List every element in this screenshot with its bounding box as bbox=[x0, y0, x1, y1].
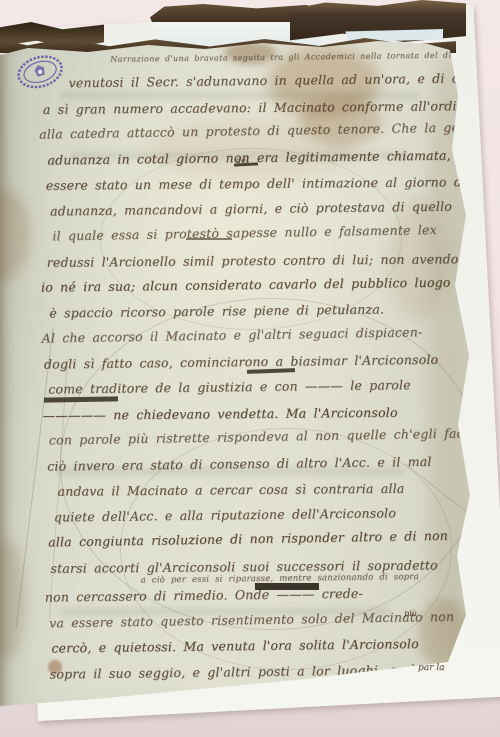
manuscript-line: adunanza in cotal giorno non era legitim… bbox=[39, 142, 471, 173]
manuscript-line: venutosi il Secr. s'adunavano in quella … bbox=[38, 65, 470, 96]
manuscript-annotation: più bbox=[404, 609, 417, 618]
manuscript-annotation: par la bbox=[418, 663, 445, 673]
handwritten-text-block: Narrazione d'una bravata seguita tra gli… bbox=[38, 45, 478, 686]
manuscript-leaf: Narrazione d'una bravata seguita tra gli… bbox=[0, 0, 500, 737]
manuscript-annotation: del bbox=[236, 156, 248, 165]
stain bbox=[0, 538, 26, 660]
manuscript-line: ciò invero era stato di consenso di altr… bbox=[43, 448, 475, 479]
manuscript-line: come traditore de la giustizia e con ———… bbox=[42, 371, 474, 402]
stain bbox=[0, 188, 30, 280]
scanned-manuscript-page: Narrazione d'una bravata seguita tra gli… bbox=[0, 0, 500, 737]
